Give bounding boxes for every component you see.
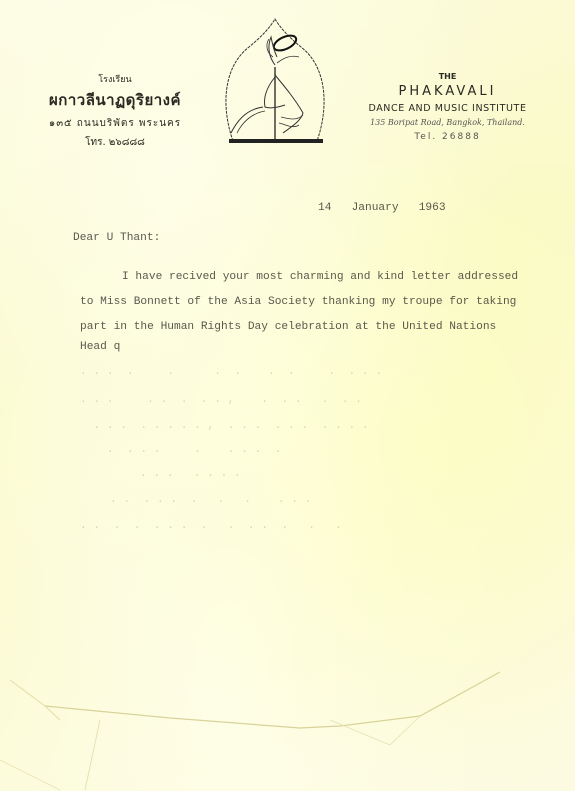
faded-text-line: . . . . . . . . . . . . .: [80, 366, 382, 378]
english-letterhead: THE PHAKAVALI DANCE AND MUSIC INSTITUTE …: [335, 72, 560, 142]
institute-subtitle: DANCE AND MUSIC INSTITUTE: [335, 103, 560, 114]
thai-letterhead: โรงเรียน ผกาวลีนาฏดุริยางค์ ๑๓๕ ถนนบริพั…: [40, 72, 190, 150]
faded-text-line: . . . . . . . . , . . . . . .: [80, 394, 362, 406]
letter-date: 14 January 1963: [318, 202, 446, 214]
thai-address: ๑๓๕ ถนนบริพัตร พระนคร: [40, 116, 190, 131]
thai-school-label: โรงเรียน: [40, 72, 190, 86]
faded-text-line: . . . . . . . . .: [80, 444, 281, 456]
letter-salutation: Dear U Thant:: [73, 232, 160, 244]
faded-text-line: . . . . . . . . , . . . . . . . . . .: [80, 420, 369, 432]
faded-text-line: . . . . . . . . . . .: [110, 494, 311, 506]
letter-body-line: to Miss Bonnett of the Asia Society than…: [80, 296, 516, 308]
thai-telephone: โทร. ๒๖๘๘๘: [40, 135, 190, 150]
thai-school-name: ผกาวลีนาฏดุริยางค์: [40, 88, 190, 112]
institute-name: PHAKAVALI: [335, 84, 560, 99]
letter-body-line: part in the Human Rights Day celebration…: [80, 321, 496, 333]
letterhead-the: THE: [335, 72, 560, 81]
letter-body-line: Head q: [80, 341, 120, 353]
lotus-dancer-logo-icon: [219, 17, 331, 153]
institute-address: 135 Boripat Road, Bangkok, Thailand.: [335, 118, 560, 127]
institute-telephone: Tel. 26888: [335, 132, 560, 142]
faded-text-line: . . . . . . . . . . . . . .: [80, 520, 342, 532]
letter-body-line: I have recived your most charming and ki…: [122, 271, 518, 283]
faded-text-line: . . . . . . .: [140, 468, 241, 480]
